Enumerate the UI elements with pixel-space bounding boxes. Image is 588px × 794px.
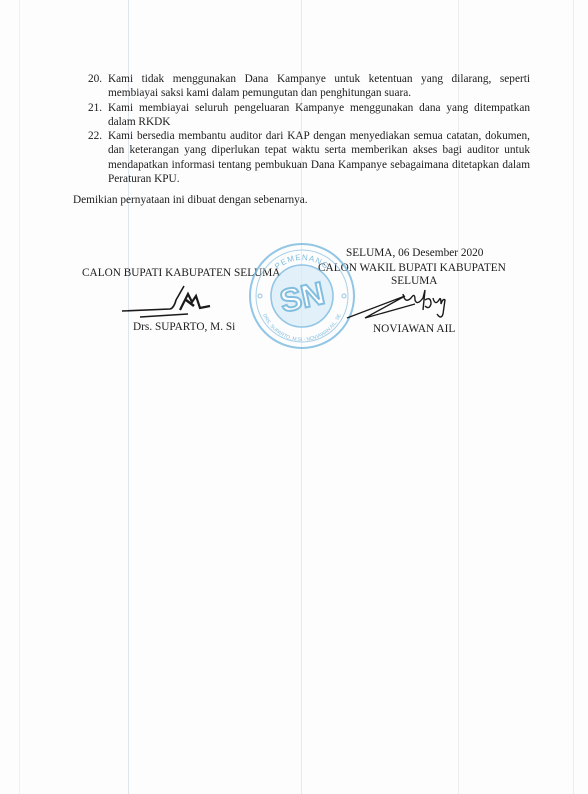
item-text: Kami membiayai seluruh pengeluaran Kampa… [108, 102, 530, 128]
item-number: 21. [88, 101, 102, 115]
item-number: 22. [88, 129, 102, 143]
statement-item: 22. Kami bersedia membantu auditor dari … [88, 129, 530, 186]
scan-artifact-line [19, 0, 20, 794]
statement-item: 21. Kami membiayai seluruh pengeluaran K… [88, 101, 530, 130]
document-page: 20. Kami tidak menggunakan Dana Kampanye… [0, 0, 588, 794]
right-signatory-name: NOVIAWAN AIL [373, 322, 455, 336]
item-number: 20. [88, 72, 102, 86]
campaign-stamp-icon: PEMENANG DRS. SUPARTO, M.SI - NOVIAWAN A… [246, 241, 358, 351]
statement-list: 20. Kami tidak menggunakan Dana Kampanye… [88, 72, 530, 186]
right-signature-icon [345, 284, 460, 324]
statement-item: 20. Kami tidak menggunakan Dana Kampanye… [88, 72, 530, 101]
left-signature-icon [118, 280, 218, 324]
closing-statement: Demikian pernyataan ini dibuat dengan se… [73, 193, 308, 207]
left-signatory-name: Drs. SUPARTO, M. Si [133, 320, 235, 334]
scan-artifact-line [573, 0, 574, 794]
place-date: SELUMA, 06 Desember 2020 [346, 246, 483, 260]
item-text: Kami bersedia membantu auditor dari KAP … [108, 130, 530, 185]
item-text: Kami tidak menggunakan Dana Kampanye unt… [108, 73, 530, 99]
